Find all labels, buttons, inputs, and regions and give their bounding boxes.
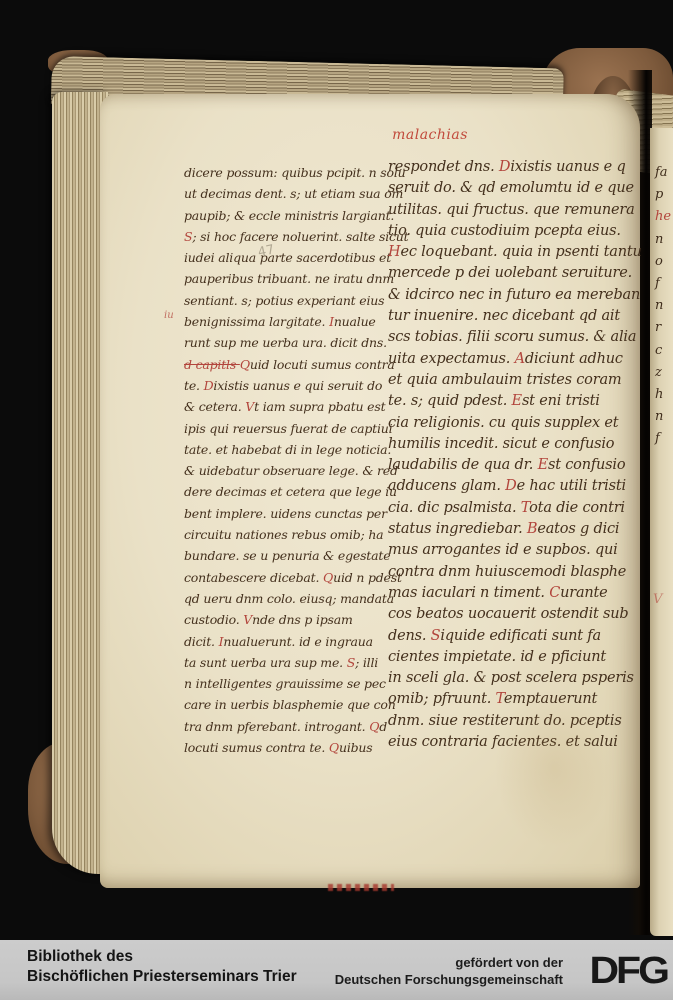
ink-text: st confusio (548, 457, 625, 473)
rubric-text: Q (323, 570, 333, 585)
manuscript-line: o (655, 251, 671, 273)
ink-text: uid locuti sumus contra (250, 357, 395, 372)
rubric-text: S (347, 655, 355, 670)
ink-text: fa (655, 165, 668, 180)
ink-text: mercede p dei uolebant seruiture. (388, 265, 632, 281)
ink-text: te. (184, 378, 204, 393)
ink-text: dicit. (184, 634, 219, 649)
funding-line2: Deutschen Forschungsgemeinschaft (335, 971, 563, 988)
manuscript-line: S; si hoc facere noluerint. salte sicut (184, 226, 396, 247)
manuscript-line: runt sup me uerba ura. dicit dns. (184, 332, 396, 353)
funding-credit: gefördert von der Deutschen Forschungsge… (335, 954, 563, 988)
manuscript-line: & cetera. Vt iam supra pbatu est (184, 396, 396, 417)
ink-text: uita expectamus. (388, 351, 515, 367)
facing-page-edge: faphenofnrczhnf (650, 128, 673, 936)
ink-text: & idcirco nec in futuro ea mereban (388, 287, 640, 303)
ink-text: contra dnm huiuscemodi blasphe (388, 564, 626, 580)
manuscript-line: et quia ambulauim tristes coram (388, 370, 638, 391)
ink-text: p (655, 187, 663, 202)
ink-text: tio. quia custodiuim pcepta eius. (388, 223, 621, 239)
rubric-text: D (204, 378, 214, 393)
ink-text: humilis incedit. sicut e confusio (388, 436, 614, 452)
manuscript-line: n (655, 406, 671, 428)
ink-text: benignissima largitate. (184, 314, 329, 329)
ink-text: bent implere. uidens cunctas per (184, 506, 387, 521)
manuscript-line: te. Dixistis uanus e qui seruit do (184, 375, 396, 396)
rubric-text: H (388, 244, 400, 260)
ink-text: custodio. (184, 612, 243, 627)
ink-text: dicere possum: quibus pcipit. n solu (184, 165, 405, 180)
manuscript-line: benignissima largitate. Inualue (184, 311, 396, 332)
manuscript-line: sentiant. s; potius experiant eius (184, 290, 396, 311)
ink-text: qd ueru dnm colo. eiusq; mandata (184, 591, 394, 606)
manuscript-line: dere decimas et cetera que lege iu (184, 481, 396, 502)
ink-text: n (655, 232, 663, 247)
manuscript-line: h (655, 384, 671, 406)
ink-text: iudei aliqua parte sacerdotibus et (184, 250, 391, 265)
ink-text: urante (560, 585, 607, 601)
rubric-text: he (655, 209, 671, 224)
ink-text: cia. dic psalmista. (388, 500, 521, 516)
rubric-text: V (243, 612, 252, 627)
manuscript-line: paupib; & eccle ministris largiant. (184, 205, 396, 226)
ink-text: tur inuenire. nec dicebant qd ait (388, 308, 620, 324)
rubric-text: D (505, 478, 516, 494)
ink-text: d (379, 719, 387, 734)
ink-text: runt sup me uerba ura. dicit dns. (184, 335, 387, 350)
manuscript-line: p (655, 184, 671, 206)
manuscript-line: f (655, 428, 671, 450)
ink-text: omib; pfruunt. (388, 691, 496, 707)
manuscript-line: seruit do. & qd emolumtu id e que (388, 178, 638, 199)
manuscript-line: ta sunt uerba ura sup me. S; illi (184, 652, 396, 673)
ink-text: ec loquebant. quia in psenti tantu (400, 244, 641, 260)
manuscript-line: ut decimas dent. s; ut etiam sua om (184, 183, 396, 204)
manuscript-line: contabescere dicebat. Quid n pdest (184, 567, 396, 588)
ink-text: mus arrogantes id e supbos. qui (388, 542, 618, 558)
ink-text: t iam supra pbatu est (254, 399, 385, 414)
manuscript-line: dicit. Inualuerunt. id e ingraua (184, 631, 396, 652)
rubric-text: Q (329, 740, 339, 755)
rubric-text: A (515, 351, 525, 367)
manuscript-line: cia. dic psalmista. Tota die contri (388, 498, 638, 519)
ink-text: z (655, 365, 662, 380)
manuscript-line: cientes impietate. id e pficiunt (388, 647, 638, 668)
next-page-rubric-peek (328, 884, 394, 891)
ink-text: utilitas. qui fructus. que remunera (388, 202, 635, 218)
library-credit: Bibliothek des Bischöflichen Priestersem… (27, 947, 297, 987)
rubric-text: E (512, 393, 522, 409)
manuscript-line: respondet dns. Dixistis uanus e q (388, 157, 638, 178)
manuscript-line: omib; pfruunt. Temptauerunt (388, 689, 638, 710)
ink-text: cientes impietate. id e pficiunt (388, 649, 606, 665)
ink-text: ; illi (355, 655, 378, 670)
rubric-text: B (527, 521, 537, 537)
facing-page-text-fragments: faphenofnrczhnf (655, 162, 671, 450)
ink-text: c (655, 343, 662, 358)
ink-text: et quia ambulauim tristes coram (388, 372, 621, 388)
manuscript-line: circuitu nationes rebus omib; ha (184, 524, 396, 545)
ink-text: sentiant. s; potius experiant eius (184, 293, 384, 308)
ink-text: adducens glam. (388, 478, 505, 494)
ink-text: nde dns p ipsam (252, 612, 353, 627)
manuscript-line: custodio. Vnde dns p ipsam (184, 609, 396, 630)
ink-text: te. s; quid pdest. (388, 393, 512, 409)
ink-text: n intelligentes grauissime se pec (184, 676, 386, 691)
gutter-rubric-mark: V (653, 592, 662, 607)
rubric-text: T (521, 500, 529, 516)
ink-text: & cetera. (184, 399, 245, 414)
manuscript-line: n (655, 229, 671, 251)
rubric-text: S (431, 628, 441, 644)
manuscript-line: mus arrogantes id e supbos. qui (388, 540, 638, 561)
margin-rubric-mark: iu (164, 310, 174, 321)
ink-text: ; si hoc facere noluerint. salte sicut (192, 229, 408, 244)
ink-text: seruit do. & qd emolumtu id e que (388, 180, 634, 196)
manuscript-line: dicere possum: quibus pcipit. n solu (184, 162, 396, 183)
manuscript-line: tur inuenire. nec dicebant qd ait (388, 306, 638, 327)
rubric-text: T (496, 691, 504, 707)
manuscript-line: f (655, 273, 671, 295)
ink-text: circuitu nationes rebus omib; ha (184, 527, 383, 542)
manuscript-line: in sceli gla. & post scelera psperis (388, 668, 638, 689)
ink-text: tate. et habebat di in lege noticia. (184, 442, 391, 457)
manuscript-line: z (655, 362, 671, 384)
ink-text: eius contraria facientes. et salui (388, 734, 618, 750)
ink-text: status ingrediebar. (388, 521, 527, 537)
ink-text: emptauerunt (504, 691, 597, 707)
ink-text: st eni tristi (522, 393, 600, 409)
manuscript-line: n intelligentes grauissime se pec (184, 673, 396, 694)
ink-text: locuti sumus contra te. (184, 740, 329, 755)
ink-text: uibus (339, 740, 373, 755)
ink-text: respondet dns. (388, 159, 499, 175)
ink-text: ut decimas dent. s; ut etiam sua om (184, 186, 403, 201)
ink-text: in sceli gla. & post scelera psperis (388, 670, 634, 686)
ink-text: h (655, 387, 663, 402)
manuscript-line: dens. Siquide edificati sunt fa (388, 626, 638, 647)
ink-text: scs tobias. filii scoru sumus. & alia (388, 329, 636, 345)
manuscript-line: cia religionis. cu quis supplex et (388, 413, 638, 434)
manuscript-line: & idcirco nec in futuro ea mereban (388, 285, 638, 306)
ink-text: f (655, 276, 660, 291)
manuscript-page: malachias 47 dicere possum: quibus pcipi… (100, 94, 640, 888)
ink-text: f (655, 431, 660, 446)
footer-banner: Bibliothek des Bischöflichen Priestersem… (0, 940, 673, 1000)
ink-text: e hac utili tristi (517, 478, 626, 494)
ink-text: r (655, 320, 661, 335)
manuscript-line: te. s; quid pdest. Est eni tristi (388, 391, 638, 412)
manuscript-line: locuti sumus contra te. Quibus (184, 737, 396, 758)
rubric-text: V (245, 399, 254, 414)
text-column-left: dicere possum: quibus pcipit. n soluut d… (184, 162, 396, 758)
ink-text: eatos g dici (537, 521, 619, 537)
running-header: malachias (350, 127, 510, 143)
ink-text: nualuerunt. id e ingraua (223, 634, 373, 649)
rubric-text: d capitls (184, 357, 240, 372)
manuscript-line: humilis incedit. sicut e confusio (388, 434, 638, 455)
library-name-line2: Bischöflichen Priesterseminars Trier (27, 967, 297, 987)
text-column-right: respondet dns. Dixistis uanus e qseruit … (388, 157, 638, 753)
manuscript-line: status ingrediebar. Beatos g dici (388, 519, 638, 540)
ink-text: dens. (388, 628, 431, 644)
ink-text: care in uerbis blasphemie que con (184, 697, 396, 712)
rubric-text: C (549, 585, 560, 601)
ink-text: tra dnm pferebant. introgant. (184, 719, 369, 734)
ink-text: paupib; & eccle ministris largiant. (184, 208, 394, 223)
rubric-text: D (499, 159, 510, 175)
ink-text: laudabilis de qua dr. (388, 457, 538, 473)
manuscript-line: & uidebatur obseruare lege. & red (184, 460, 396, 481)
manuscript-line: tate. et habebat di in lege noticia. (184, 439, 396, 460)
ink-text: contabescere dicebat. (184, 570, 323, 585)
ink-text: mas iaculari n timent. (388, 585, 549, 601)
ink-text: ota die contri (529, 500, 625, 516)
ink-text: ipis qui reuersus fuerat de captiui (184, 421, 392, 436)
manuscript-line: d capitls Quid locuti sumus contra (184, 354, 396, 375)
manuscript-line: uita expectamus. Adiciunt adhuc (388, 349, 638, 370)
manuscript-line: qd ueru dnm colo. eiusq; mandata (184, 588, 396, 609)
ink-text: nualue (334, 314, 376, 329)
ink-text: dere decimas et cetera que lege iu (184, 484, 397, 499)
manuscript-line: dnm. siue restiterunt do. pceptis (388, 711, 638, 732)
manuscript-line: laudabilis de qua dr. Est confusio (388, 455, 638, 476)
ink-text: n (655, 409, 663, 424)
manuscript-line: tio. quia custodiuim pcepta eius. (388, 221, 638, 242)
ink-text: pauperibus tribuant. ne iratu dnm (184, 271, 394, 286)
manuscript-line: care in uerbis blasphemie que con (184, 694, 396, 715)
ink-text: cia religionis. cu quis supplex et (388, 415, 618, 431)
manuscript-line: utilitas. qui fructus. que remunera (388, 200, 638, 221)
manuscript-line: r (655, 317, 671, 339)
ink-text: n (655, 298, 663, 313)
manuscript-line: fa (655, 162, 671, 184)
manuscript-line: scs tobias. filii scoru sumus. & alia (388, 327, 638, 348)
manuscript-line: eius contraria facientes. et salui (388, 732, 638, 753)
rubric-text: Q (369, 719, 379, 734)
manuscript-line: bundare. se u penuria & egestate (184, 545, 396, 566)
ink-text: ixistis uanus e qui seruit do (213, 378, 382, 393)
ink-text: & uidebatur obseruare lege. & red (184, 463, 398, 478)
manuscript-line: cos beatos uocauerit ostendit sub (388, 604, 638, 625)
ink-text: iquide edificati sunt fa (440, 628, 600, 644)
manuscript-line: n (655, 295, 671, 317)
manuscript-line: bent implere. uidens cunctas per (184, 503, 396, 524)
library-name-line1: Bibliothek des (27, 947, 297, 967)
ink-text: diciunt adhuc (525, 351, 623, 367)
manuscript-line: pauperibus tribuant. ne iratu dnm (184, 268, 396, 289)
rubric-text: Q (240, 357, 250, 372)
manuscript-line: contra dnm huiuscemodi blasphe (388, 562, 638, 583)
ink-text: cos beatos uocauerit ostendit sub (388, 606, 629, 622)
manuscript-line: he (655, 206, 671, 228)
manuscript-line: mas iaculari n timent. Curante (388, 583, 638, 604)
manuscript-line: iudei aliqua parte sacerdotibus et (184, 247, 396, 268)
screenshot-root: faphenofnrczhnf malachias 47 dicere poss… (0, 0, 673, 1000)
ink-text: dnm. siue restiterunt do. pceptis (388, 713, 622, 729)
ink-text: bundare. se u penuria & egestate (184, 548, 390, 563)
manuscript-line: ipis qui reuersus fuerat de captiui (184, 418, 396, 439)
manuscript-photo: faphenofnrczhnf malachias 47 dicere poss… (0, 0, 673, 940)
rubric-text: E (538, 457, 548, 473)
ink-text: o (655, 254, 663, 269)
ink-text: ixistis uanus e q (510, 159, 625, 175)
manuscript-line: adducens glam. De hac utili tristi (388, 476, 638, 497)
dfg-logo: DFG (589, 949, 667, 992)
manuscript-line: Hec loquebant. quia in psenti tantu (388, 242, 638, 263)
manuscript-line: tra dnm pferebant. introgant. Qd (184, 716, 396, 737)
ink-text: ta sunt uerba ura sup me. (184, 655, 347, 670)
manuscript-line: c (655, 340, 671, 362)
funding-line1: gefördert von der (335, 954, 563, 971)
manuscript-line: mercede p dei uolebant seruiture. (388, 263, 638, 284)
